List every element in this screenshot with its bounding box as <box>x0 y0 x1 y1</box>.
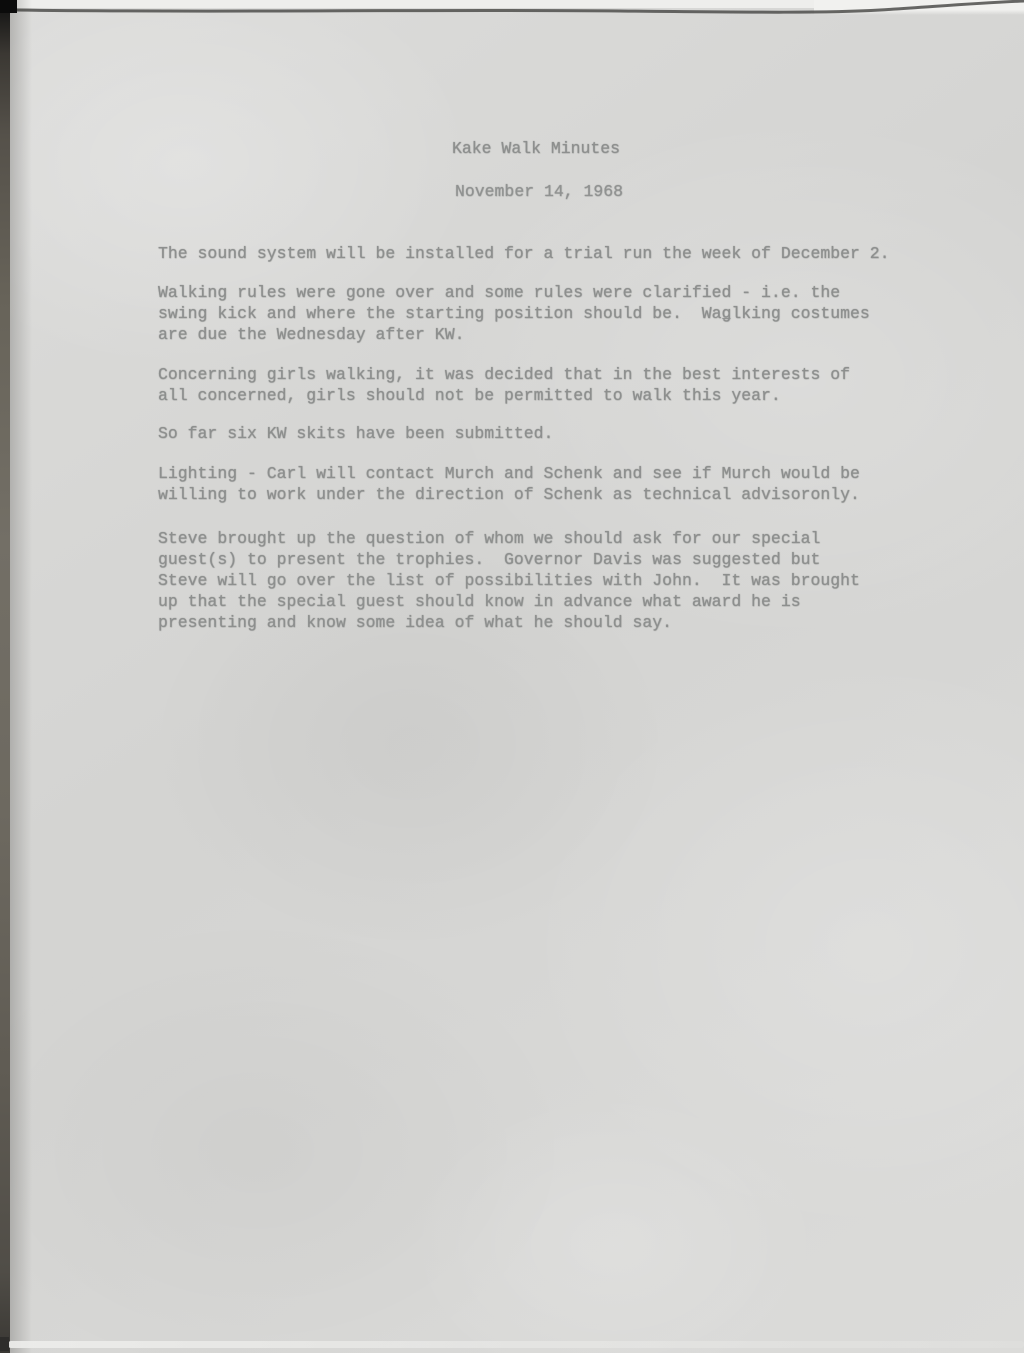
minutes-paragraph-sound-system: The sound system will be installed for a… <box>158 243 890 264</box>
document-date: November 14, 1968 <box>455 181 623 202</box>
scan-corner-mark-bottom-left <box>0 1337 9 1351</box>
minutes-paragraph-girls-walking: Concerning girls walking, it was decided… <box>158 364 850 406</box>
scan-bottom-edge <box>8 1341 1024 1348</box>
document-title: Kake Walk Minutes <box>452 138 620 159</box>
minutes-paragraph-special-guest: Steve brought up the question of whom we… <box>158 528 860 633</box>
scan-left-edge <box>0 0 10 1353</box>
scan-left-edge-shadow <box>10 0 32 1353</box>
minutes-paragraph-skits: So far six KW skits have been submitted. <box>158 423 553 444</box>
scanned-page: Kake Walk Minutes November 14, 1968 The … <box>0 0 1024 1353</box>
minutes-paragraph-walking-rules: Walking rules were gone over and some ru… <box>158 282 870 345</box>
minutes-paragraph-lighting: Lighting - Carl will contact Murch and S… <box>158 463 860 505</box>
scan-top-white-edge-right <box>814 0 1024 15</box>
scan-corner-mark-top-left <box>0 0 17 13</box>
